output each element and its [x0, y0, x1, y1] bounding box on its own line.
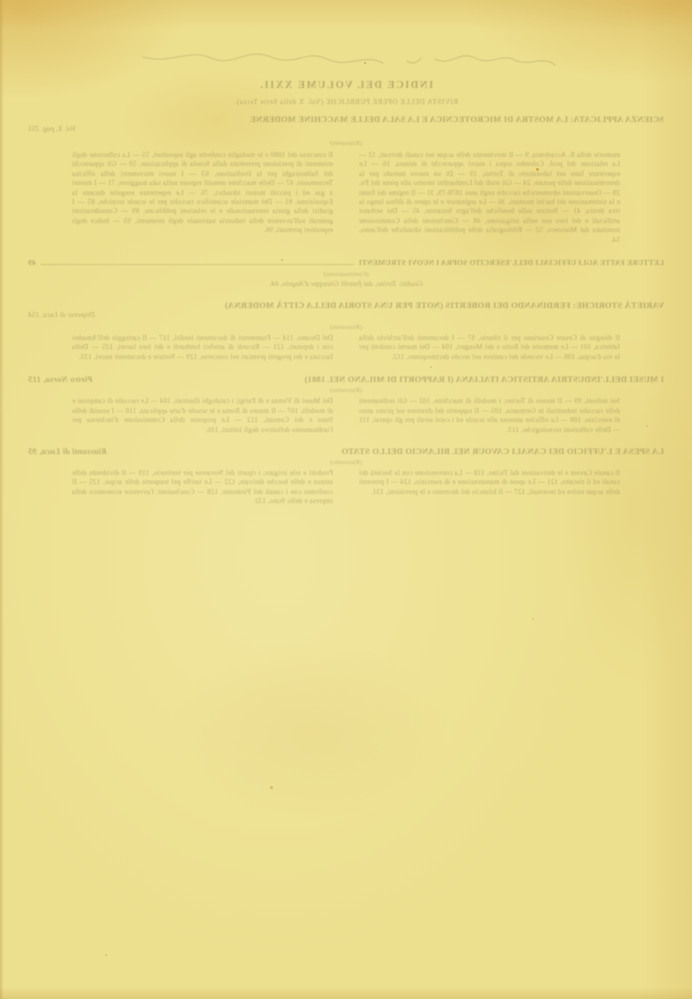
ghost-title: INDICE DEL VOLUME XXII. — [70, 80, 622, 91]
ghost-heading-text: Scienza applicata: la mostra di microtec… — [28, 114, 664, 124]
ghost-summary-label: (Riassunto) — [70, 324, 622, 331]
ghost-section-heading: La spesa e l'ufficio dei canali Cavour n… — [28, 446, 664, 456]
ghost-note-line: Giudizi: Torino, dai fratelli Giuseppe d… — [70, 280, 622, 288]
ghost-section-heading: Scienza applicata: la mostra di microtec… — [28, 114, 664, 124]
ink-squiggle-icon — [70, 50, 622, 74]
ghost-column-right: Del Duomo, 114 — Frammenti di documenti … — [72, 334, 333, 362]
ghost-page-ref: Dispense di Luca, 154 — [28, 311, 622, 319]
paper-speck — [646, 425, 648, 427]
ghost-heading-text: La spesa e l'ufficio dei canali Cavour n… — [107, 446, 664, 456]
paper-stain — [170, 640, 450, 820]
ghost-section-heading: I musei dell'industria artistica italian… — [28, 374, 664, 384]
ghost-subtitle: RIVISTA DELLE OPERE PUBBLICHE (Vol. X de… — [70, 98, 622, 106]
ghost-two-column-block: memorie della R. Accademia, 9 — Il movim… — [72, 151, 620, 245]
paper-speck — [270, 786, 273, 789]
ghost-two-column-block: Il canale Cavour e le derivazioni dal Ti… — [72, 469, 620, 507]
ghost-index-blocks: Scienza applicata: la mostra di microtec… — [70, 114, 622, 507]
scanned-page: INDICE DEL VOLUME XXII. RIVISTA DELLE OP… — [0, 0, 692, 999]
paper-speck — [105, 954, 107, 956]
ghost-column-left: Sui milioni, 99 — Il museo di Torino; i … — [359, 397, 620, 435]
ghost-heading-text: I musei dell'industria artistica italian… — [93, 374, 664, 384]
ghost-summary-label: (Riassunto) — [70, 387, 622, 394]
ghost-column-left: Il disegno di Cesare Cesariano per il ti… — [359, 334, 620, 362]
ghost-two-column-block: Sui milioni, 99 — Il museo di Torino; i … — [72, 397, 620, 435]
ghost-entry-text: Letture fatte agli ufficiali dell'eserci… — [359, 258, 664, 267]
ghost-section-heading: Varietà storiche: Ferdinando dei Roberti… — [28, 300, 664, 310]
ghost-column-right: Prodotti e tele irrigate; i riparti del … — [72, 469, 333, 507]
ghost-column-right: Dei Musei di Vienna e di Parigi; i catal… — [72, 397, 333, 435]
ghost-heading-page-ref: Riassunti di Luca, 95 — [28, 446, 107, 456]
ghost-column-right: Il concorso del 1880 e le medaglie confe… — [72, 151, 333, 245]
dot-leader — [41, 264, 354, 265]
ghost-entry-page-number: 49 — [28, 258, 36, 267]
ghost-index-entry: Letture fatte agli ufficiali dell'eserci… — [28, 258, 664, 267]
ghost-column-left: memorie della R. Accademia, 9 — Il movim… — [359, 151, 620, 245]
ghost-heading-text: Varietà storiche: Ferdinando dei Roberti… — [28, 300, 664, 310]
ghost-summary-label: (Riassunto) — [70, 140, 622, 147]
ink-bleedthrough-layer: INDICE DEL VOLUME XXII. RIVISTA DELLE OP… — [70, 50, 622, 507]
ghost-heading-page-ref: Pietro Norsa, 115 — [28, 374, 93, 384]
ghost-summary-label: (Continuazione) — [70, 271, 622, 278]
ghost-page-ref: Vol. X, pag. 255 — [28, 125, 622, 133]
ghost-two-column-block: Il disegno di Cesare Cesariano per il ti… — [72, 334, 620, 362]
paper-speck — [532, 618, 534, 620]
ghost-column-left: Il canale Cavour e le derivazioni dal Ti… — [359, 469, 620, 507]
ghost-summary-label: (Riassunto) — [70, 459, 622, 466]
